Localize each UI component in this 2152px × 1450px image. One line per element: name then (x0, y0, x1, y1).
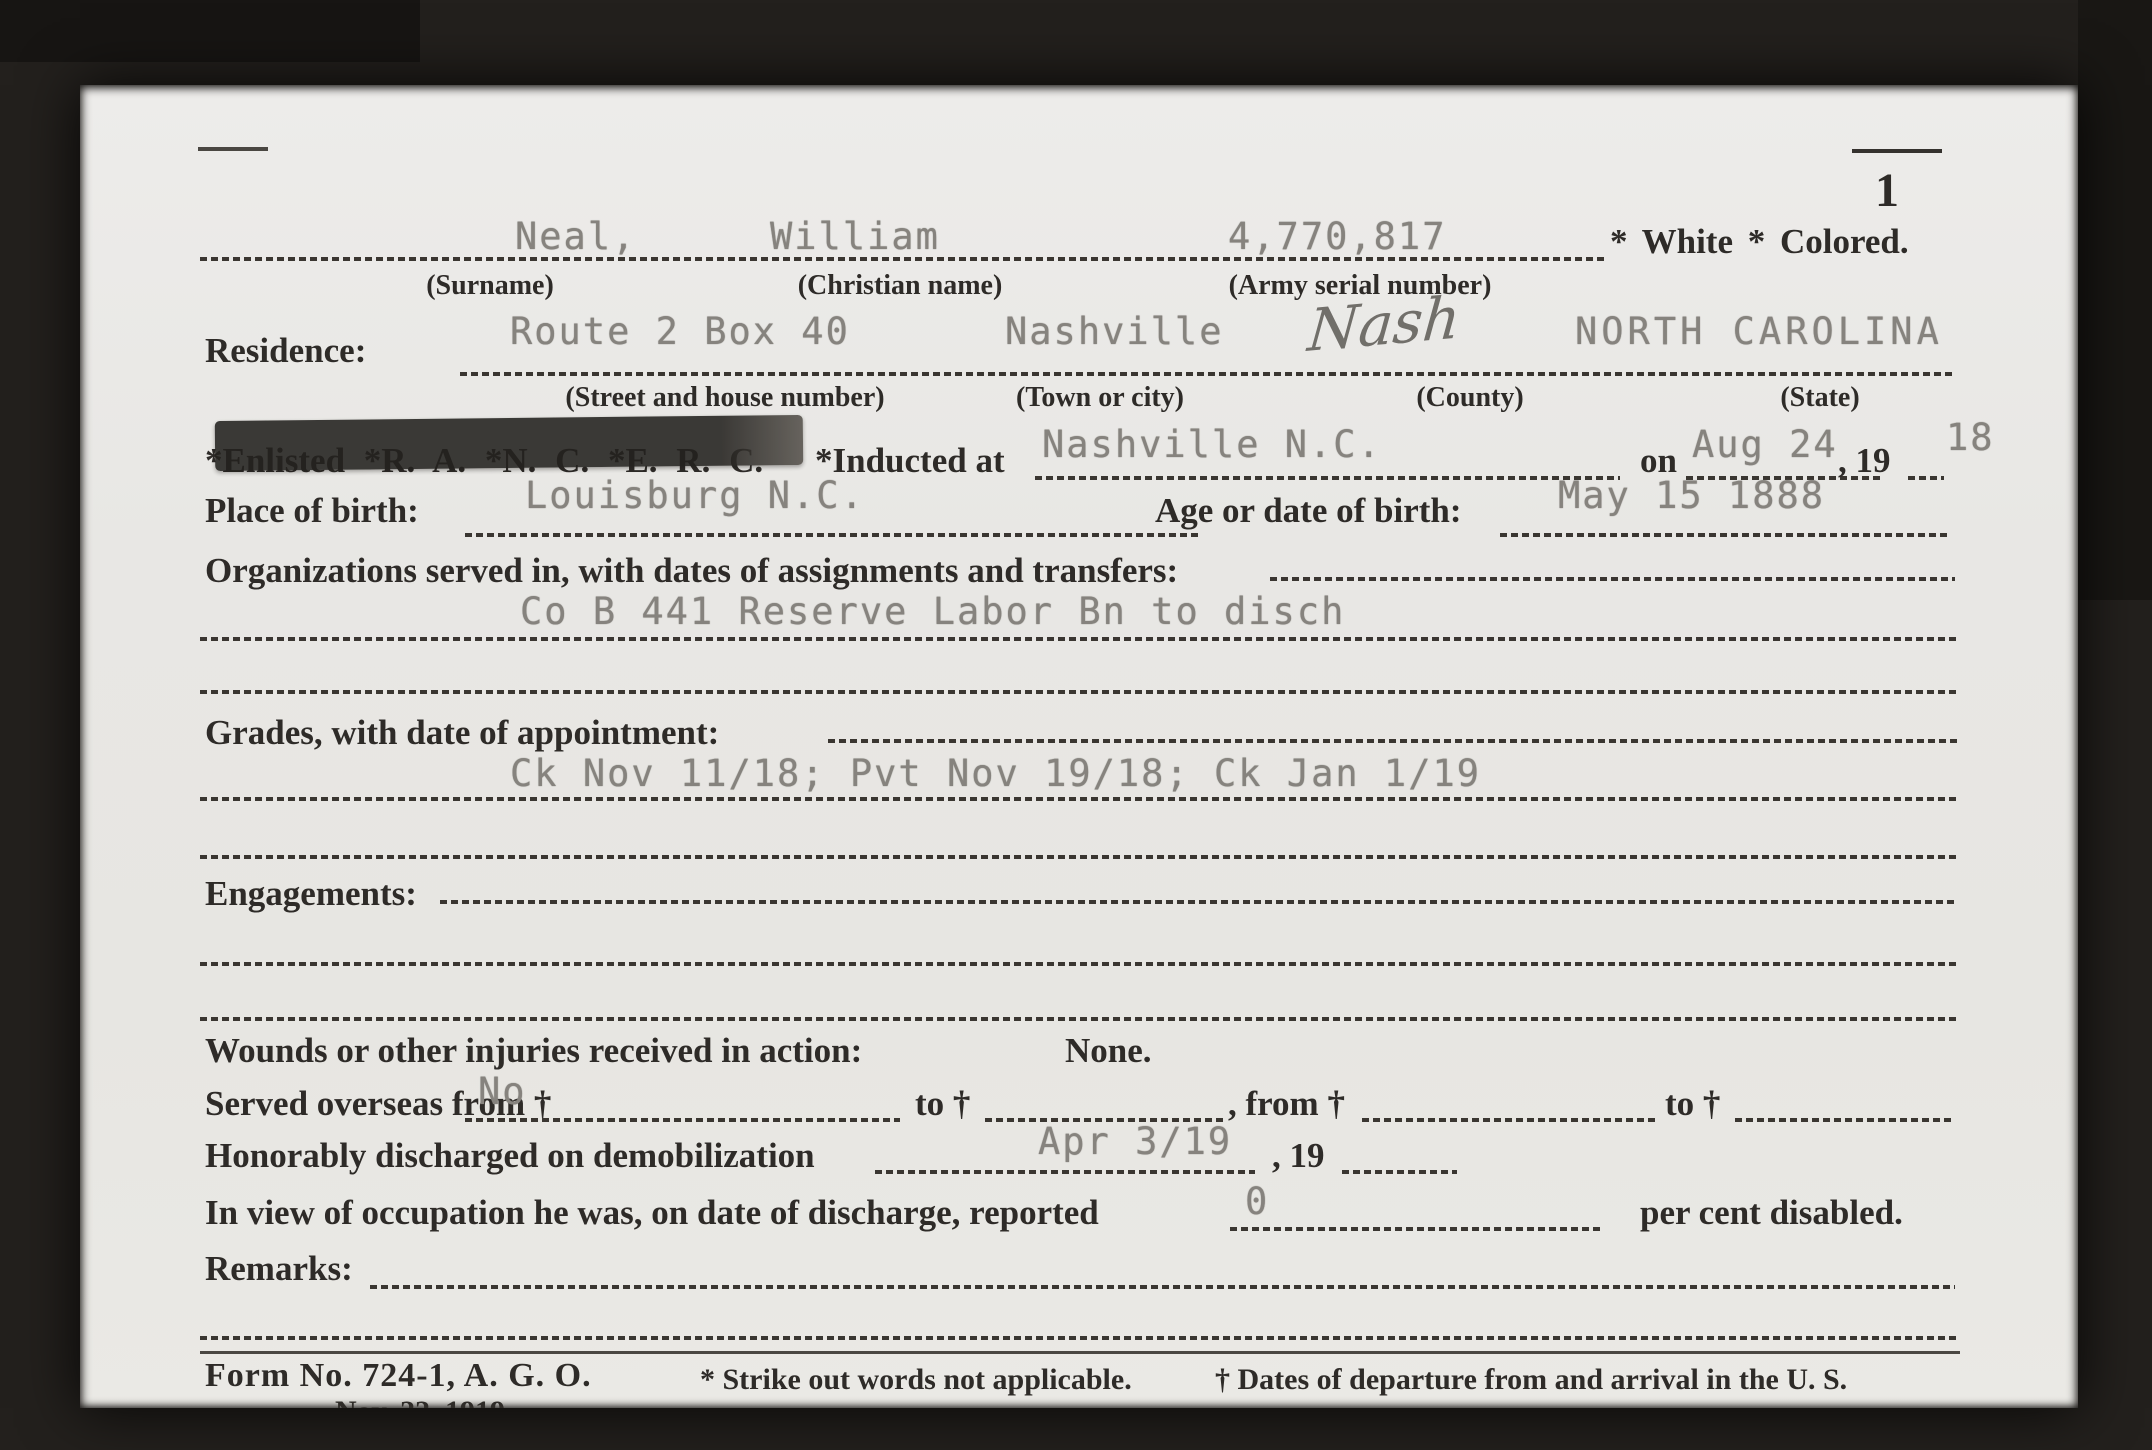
discharge-date-value: Apr 3/19 (1038, 1123, 1232, 1160)
discharge-label: Honorably discharged on demobilization (205, 1137, 815, 1176)
dotted-line (200, 690, 1960, 694)
place-of-birth-value: Louisburg N.C. (525, 477, 865, 514)
county-label: (County) (1320, 383, 1620, 414)
dotted-line (200, 1336, 1960, 1340)
dotted-line (200, 257, 1605, 261)
dotted-line (1230, 1227, 1600, 1231)
form-number: Form No. 724-1, A. G. O. (205, 1357, 592, 1394)
year-prefix: , 19 (1838, 442, 1891, 481)
residence-county-value: Nash (1306, 288, 1463, 360)
wounds-value: None. (1065, 1032, 1152, 1071)
dotted-line (465, 1118, 900, 1122)
dotted-line (875, 1170, 1255, 1174)
grades-value: Ck Nov 11/18; Pvt Nov 19/18; Ck Jan 1/19 (510, 755, 1481, 792)
strikeout-mark (215, 415, 803, 471)
organizations-label: Organizations served in, with dates of a… (205, 552, 1178, 591)
scan-dark-strip-right (2078, 0, 2152, 600)
top-right-mark (1852, 149, 1942, 153)
dotted-line (440, 900, 1958, 904)
town-label: (Town or city) (950, 383, 1250, 414)
inducted-date-value: Aug 24 (1692, 426, 1838, 463)
overseas-to1-label: to † (915, 1085, 970, 1124)
footnote-strike: * Strike out words not applicable. (700, 1363, 1132, 1396)
dotted-line (200, 797, 1960, 801)
wounds-label: Wounds or other injuries received in act… (205, 1032, 862, 1071)
dotted-line (200, 637, 1960, 641)
dotted-line (1500, 533, 1950, 537)
dotted-line (1908, 476, 1944, 480)
disability-value: 0 (1245, 1183, 1269, 1220)
street-label: (Street and house number) (550, 383, 900, 414)
disability-label-before: In view of occupation he was, on date of… (205, 1194, 1099, 1233)
scan-dark-corner-top-left (0, 0, 420, 62)
surname-label: (Surname) (370, 271, 610, 302)
overseas-from2-label: , from † (1228, 1085, 1345, 1124)
overseas-to2-label: to † (1665, 1085, 1720, 1124)
disability-label-after: per cent disabled. (1640, 1194, 1903, 1233)
dotted-line (1342, 1170, 1457, 1174)
top-left-mark (198, 147, 268, 151)
dotted-line (200, 855, 1960, 859)
age-label: Age or date of birth: (1155, 492, 1462, 531)
dotted-line (1270, 577, 1955, 581)
race-options: * White * Colored. (1610, 223, 1909, 262)
serial-number-value: 4,770,817 (1228, 218, 1446, 255)
form-date: Nov. 22, 1919 (335, 1395, 505, 1408)
footnote-dagger: † Dates of departure from and arrival in… (1215, 1363, 1847, 1396)
residence-street-value: Route 2 Box 40 (510, 313, 850, 350)
state-label: (State) (1670, 383, 1970, 414)
dotted-line (1035, 476, 1620, 480)
inducted-year-value: 18 (1946, 419, 1995, 456)
footer-rule (200, 1351, 1960, 1354)
organizations-value: Co B 441 Reserve Labor Bn to disch (520, 593, 1345, 630)
dotted-line (460, 372, 1955, 376)
place-of-birth-label: Place of birth: (205, 492, 419, 531)
engagements-label: Engagements: (205, 875, 417, 914)
christian-name-label: (Christian name) (750, 271, 1050, 302)
page-number: 1 (1875, 165, 1899, 218)
residence-town-value: Nashville (1005, 313, 1223, 350)
grades-label: Grades, with date of appointment: (205, 714, 719, 753)
dotted-line (1735, 1118, 1953, 1122)
dotted-line (465, 533, 1200, 537)
discharge-year-prefix: , 19 (1272, 1137, 1325, 1176)
dotted-line (1362, 1118, 1657, 1122)
age-value: May 15 1888 (1558, 477, 1825, 514)
inducted-place-value: Nashville N.C. (1042, 426, 1382, 463)
dotted-line (200, 1017, 1960, 1021)
dotted-line (828, 739, 1958, 743)
christian-name-value: William (770, 218, 940, 255)
residence-state-value: NORTH CAROLINA (1575, 313, 1943, 350)
service-record-card: 1 Neal, William 4,770,817 * White * Colo… (80, 85, 2078, 1408)
remarks-label: Remarks: (205, 1250, 353, 1289)
surname-value: Neal, (515, 218, 636, 255)
residence-label: Residence: (205, 332, 366, 371)
dotted-line (370, 1285, 1955, 1289)
overseas-from1-value: No (478, 1073, 527, 1110)
dotted-line (200, 962, 1960, 966)
